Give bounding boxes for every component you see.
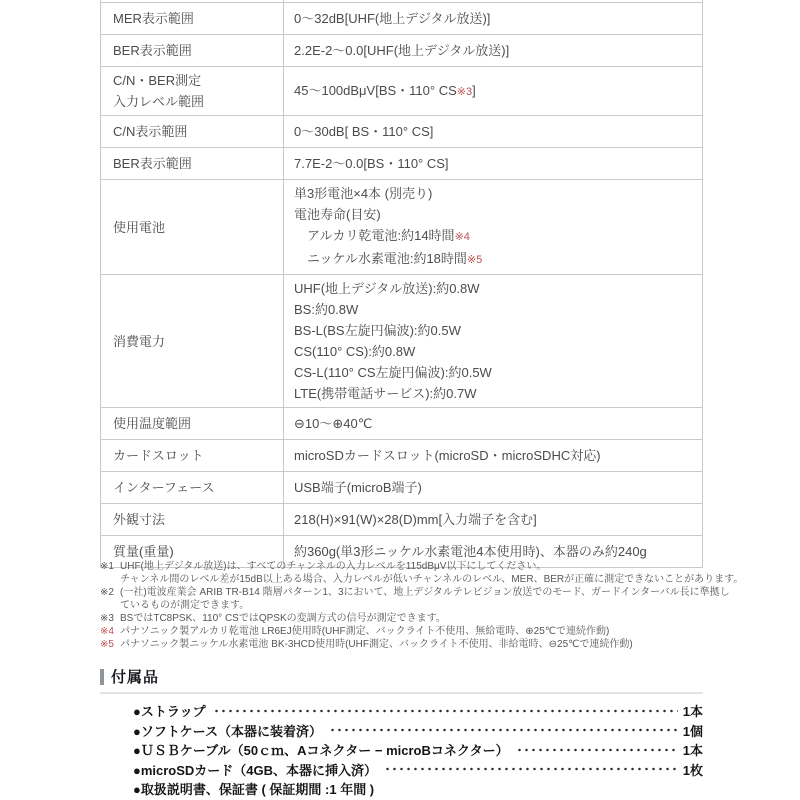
spec-row: MER表示範囲0〜32dB[UHF(地上デジタル放送)] (101, 3, 703, 35)
spec-value: ⊖10〜⊕40℃ (284, 408, 703, 440)
footnote-marker: ※5 (100, 638, 120, 651)
accessory-name: ●ストラップ (133, 701, 206, 720)
spec-text: 電池寿命(目安) (294, 207, 381, 222)
spec-text: UHF(地上デジタル放送):約0.8W (294, 281, 480, 296)
spec-text: 7.7E-2〜0.0[BS・110° CS] (294, 156, 449, 171)
spec-table: MER表示範囲0〜32dB[UHF(地上デジタル放送)]BER表示範囲2.2E-… (100, 0, 703, 568)
spec-value-line: 45〜100dBμV[BS・110° CS※3] (294, 80, 692, 103)
spec-value: microSDカードスロット(microSD・microSDHC対応) (284, 440, 703, 472)
spec-row: BER表示範囲7.7E-2〜0.0[BS・110° CS] (101, 148, 703, 180)
footnote: ※4パナソニック製アルカリ乾電池 LR6EJ使用時(UHF測定、バックライト不使… (100, 625, 718, 638)
spec-row: カードスロットmicroSDカードスロット(microSD・microSDHC対… (101, 440, 703, 472)
footnote-body: BSではTC8PSK、110° CSではQPSKの変調方式の信号が測定できます。 (120, 612, 718, 625)
spec-text: 0〜32dB[UHF(地上デジタル放送)] (294, 11, 490, 26)
spec-value-line: 単3形電池×4本 (別売り) (294, 183, 692, 204)
spec-text: 2.2E-2〜0.0[UHF(地上デジタル放送)] (294, 43, 509, 58)
spec-value-line: BS-L(BS左旋円偏波):約0.5W (294, 320, 692, 341)
footnote-ref: ※3 (457, 86, 472, 98)
spec-value-line: BS:約0.8W (294, 299, 692, 320)
spec-text: CS(110° CS):約0.8W (294, 344, 415, 359)
spec-text: アルカリ乾電池:約14時間 (294, 228, 455, 243)
spec-value-line: LTE(携帯電話サービス):約0.7W (294, 383, 692, 404)
spec-row: C/N・BER測定入力レベル範囲45〜100dBμV[BS・110° CS※3] (101, 67, 703, 116)
footnote-ref: ※4 (455, 231, 470, 243)
spec-label: 使用温度範囲 (101, 408, 284, 440)
footnote: ※1UHF(地上デジタル放送)は、すべてのチャンネルの入力レベルを115dBμV… (100, 560, 718, 586)
accessory-quantity: 1本 (683, 701, 703, 720)
spec-label-line: 外観寸法 (113, 509, 273, 530)
footnote-body: (一社)電波産業会 ARIB TR-B14 階層パターン1、3において、地上デジ… (120, 586, 730, 612)
spec-value: 218(H)×91(W)×28(D)mm[入力端子を含む] (284, 504, 703, 536)
spec-label: BER表示範囲 (101, 148, 284, 180)
footnote-marker: ※3 (100, 612, 120, 625)
spec-value: 2.2E-2〜0.0[UHF(地上デジタル放送)] (284, 35, 703, 67)
spec-value-line: UHF(地上デジタル放送):約0.8W (294, 278, 692, 299)
spec-label: 外観寸法 (101, 504, 284, 536)
spec-value-line: ⊖10〜⊕40℃ (294, 413, 692, 434)
spec-text: 0〜30dB[ BS・110° CS] (294, 124, 433, 139)
footnote-body: パナソニック製ニッケル水素電池 BK-3HCD使用時(UHF測定、バックライト不… (120, 638, 718, 651)
footnote-line: ているものが測定できます。 (120, 599, 730, 612)
dot-leader (327, 724, 678, 736)
spec-label-line: 使用温度範囲 (113, 413, 273, 434)
spec-text: ニッケル水素電池:約18時間 (294, 251, 467, 266)
spec-value-line: CS(110° CS):約0.8W (294, 341, 692, 362)
spec-label: C/N表示範囲 (101, 116, 284, 148)
spec-value: UHF(地上デジタル放送):約0.8WBS:約0.8WBS-L(BS左旋円偏波)… (284, 275, 703, 408)
spec-value-line: 約360g(単3形ニッケル水素電池4本使用時)、本器のみ約240g (294, 541, 692, 562)
footnote-line: UHF(地上デジタル放送)は、すべてのチャンネルの入力レベルを115dBμV以下… (120, 560, 743, 573)
footnote-marker: ※1 (100, 560, 120, 586)
spec-value-line: 218(H)×91(W)×28(D)mm[入力端子を含む] (294, 509, 692, 530)
spec-row: 使用電池単3形電池×4本 (別売り)電池寿命(目安) アルカリ乾電池:約14時間… (101, 180, 703, 275)
footnotes: ※1UHF(地上デジタル放送)は、すべてのチャンネルの入力レベルを115dBμV… (100, 560, 718, 651)
spec-text: 単3形電池×4本 (別売り) (294, 186, 432, 201)
spec-text: 約360g(単3形ニッケル水素電池4本使用時)、本器のみ約240g (294, 544, 647, 559)
spec-text: BS-L(BS左旋円偏波):約0.5W (294, 323, 461, 338)
accessories-title: 付属品 (111, 666, 159, 687)
spec-value-line: CS-L(110° CS左旋円偏波):約0.5W (294, 362, 692, 383)
accessory-name: ●ＵＳＢケーブル（50ｃｍ、Aコネクター − microBコネクター） (133, 740, 509, 759)
spec-text: 218(H)×91(W)×28(D)mm[入力端子を含む] (294, 512, 537, 527)
accessory-item: ●取扱説明書、保証書 ( 保証期間 :1 年間 ) (133, 779, 703, 799)
spec-value-line: 7.7E-2〜0.0[BS・110° CS] (294, 153, 692, 174)
accessory-item: ●ソフトケース（本器に装着済）1個 (133, 721, 703, 741)
spec-value: USB端子(microB端子) (284, 472, 703, 504)
spec-value-line: 0〜30dB[ BS・110° CS] (294, 121, 692, 142)
spec-label: インターフェース (101, 472, 284, 504)
spec-value-line: 2.2E-2〜0.0[UHF(地上デジタル放送)] (294, 40, 692, 61)
footnote-line: パナソニック製アルカリ乾電池 LR6EJ使用時(UHF測定、バックライト不使用、… (120, 625, 718, 638)
footnote-body: パナソニック製アルカリ乾電池 LR6EJ使用時(UHF測定、バックライト不使用、… (120, 625, 718, 638)
spec-text: microSDカードスロット(microSD・microSDHC対応) (294, 448, 601, 463)
spec-row: 使用温度範囲⊖10〜⊕40℃ (101, 408, 703, 440)
spec-text: CS-L(110° CS左旋円偏波):約0.5W (294, 365, 492, 380)
spec-value-line: ニッケル水素電池:約18時間※5 (294, 248, 692, 271)
footnote-ref: ※5 (467, 254, 482, 266)
spec-label-line: 入力レベル範囲 (113, 91, 273, 112)
spec-value: 0〜32dB[UHF(地上デジタル放送)] (284, 3, 703, 35)
accessories-header: 付属品 (100, 666, 703, 694)
spec-value-line: USB端子(microB端子) (294, 477, 692, 498)
footnote-line: パナソニック製ニッケル水素電池 BK-3HCD使用時(UHF測定、バックライト不… (120, 638, 718, 651)
spec-label: カードスロット (101, 440, 284, 472)
spec-label: MER表示範囲 (101, 3, 284, 35)
spec-text: USB端子(microB端子) (294, 480, 422, 495)
spec-label-line: 質量(重量) (113, 541, 273, 562)
spec-text: ] (472, 83, 476, 98)
spec-row: 外観寸法218(H)×91(W)×28(D)mm[入力端子を含む] (101, 504, 703, 536)
dot-leader (211, 705, 678, 717)
spec-value-line: 電池寿命(目安) (294, 204, 692, 225)
footnote: ※5パナソニック製ニッケル水素電池 BK-3HCD使用時(UHF測定、バックライ… (100, 638, 718, 651)
footnote: ※2(一社)電波産業会 ARIB TR-B14 階層パターン1、3において、地上… (100, 586, 718, 612)
footnote-line: (一社)電波産業会 ARIB TR-B14 階層パターン1、3において、地上デジ… (120, 586, 730, 599)
spec-text: BS:約0.8W (294, 302, 358, 317)
spec-value-line: アルカリ乾電池:約14時間※4 (294, 225, 692, 248)
spec-value: 単3形電池×4本 (別売り)電池寿命(目安) アルカリ乾電池:約14時間※4 ニ… (284, 180, 703, 275)
spec-value: 45〜100dBμV[BS・110° CS※3] (284, 67, 703, 116)
spec-row: C/N表示範囲0〜30dB[ BS・110° CS] (101, 116, 703, 148)
spec-label: 消費電力 (101, 275, 284, 408)
spec-value-line: microSDカードスロット(microSD・microSDHC対応) (294, 445, 692, 466)
spec-label-line: BER表示範囲 (113, 153, 273, 174)
spec-label: BER表示範囲 (101, 35, 284, 67)
spec-label-line: カードスロット (113, 445, 273, 466)
spec-label-line: C/N表示範囲 (113, 121, 273, 142)
dot-leader (382, 763, 678, 775)
footnote-marker: ※2 (100, 586, 120, 612)
spec-label-line: 使用電池 (113, 217, 273, 238)
accessory-quantity: 1個 (683, 721, 703, 740)
footnote-line: BSではTC8PSK、110° CSではQPSKの変調方式の信号が測定できます。 (120, 612, 718, 625)
spec-text: ⊖10〜⊕40℃ (294, 416, 372, 431)
accessory-name: ●microSDカード（4GB、本器に挿入済） (133, 760, 377, 779)
footnote-line: チャンネル間のレベル差が15dB以上ある場合、入力レベルが低いチャンネルのレベル… (120, 573, 743, 586)
footnote: ※3BSではTC8PSK、110° CSではQPSKの変調方式の信号が測定できま… (100, 612, 718, 625)
spec-row: 消費電力UHF(地上デジタル放送):約0.8WBS:約0.8WBS-L(BS左旋… (101, 275, 703, 408)
spec-row: インターフェースUSB端子(microB端子) (101, 472, 703, 504)
footnote-marker: ※4 (100, 625, 120, 638)
spec-label: 使用電池 (101, 180, 284, 275)
dot-leader (514, 744, 678, 756)
spec-text: 45〜100dBμV[BS・110° CS (294, 83, 457, 98)
spec-value-line: 0〜32dB[UHF(地上デジタル放送)] (294, 8, 692, 29)
spec-label-line: C/N・BER測定 (113, 70, 273, 91)
spec-label-line: BER表示範囲 (113, 40, 273, 61)
accessory-name: ●ソフトケース（本器に装着済） (133, 721, 322, 740)
spec-label: C/N・BER測定入力レベル範囲 (101, 67, 284, 116)
spec-value: 0〜30dB[ BS・110° CS] (284, 116, 703, 148)
spec-label-line: インターフェース (113, 477, 273, 498)
section-bar-icon (100, 669, 104, 685)
spec-row: BER表示範囲2.2E-2〜0.0[UHF(地上デジタル放送)] (101, 35, 703, 67)
spec-sheet-page: MER表示範囲0〜32dB[UHF(地上デジタル放送)]BER表示範囲2.2E-… (0, 0, 800, 800)
spec-label-line: 消費電力 (113, 331, 273, 352)
spec-text: LTE(携帯電話サービス):約0.7W (294, 386, 477, 401)
accessory-quantity: 1本 (683, 740, 703, 759)
accessory-item: ●microSDカード（4GB、本器に挿入済）1枚 (133, 760, 703, 780)
spec-label-line: MER表示範囲 (113, 8, 273, 29)
accessories-list: ●ストラップ1本●ソフトケース（本器に装着済）1個●ＵＳＢケーブル（50ｃｍ、A… (133, 701, 703, 799)
accessory-quantity: 1枚 (683, 760, 703, 779)
footnote-body: UHF(地上デジタル放送)は、すべてのチャンネルの入力レベルを115dBμV以下… (120, 560, 743, 586)
accessory-item: ●ストラップ1本 (133, 701, 703, 721)
spec-value: 7.7E-2〜0.0[BS・110° CS] (284, 148, 703, 180)
accessory-item: ●ＵＳＢケーブル（50ｃｍ、Aコネクター − microBコネクター）1本 (133, 740, 703, 760)
accessory-name: ●取扱説明書、保証書 ( 保証期間 :1 年間 ) (133, 779, 374, 798)
